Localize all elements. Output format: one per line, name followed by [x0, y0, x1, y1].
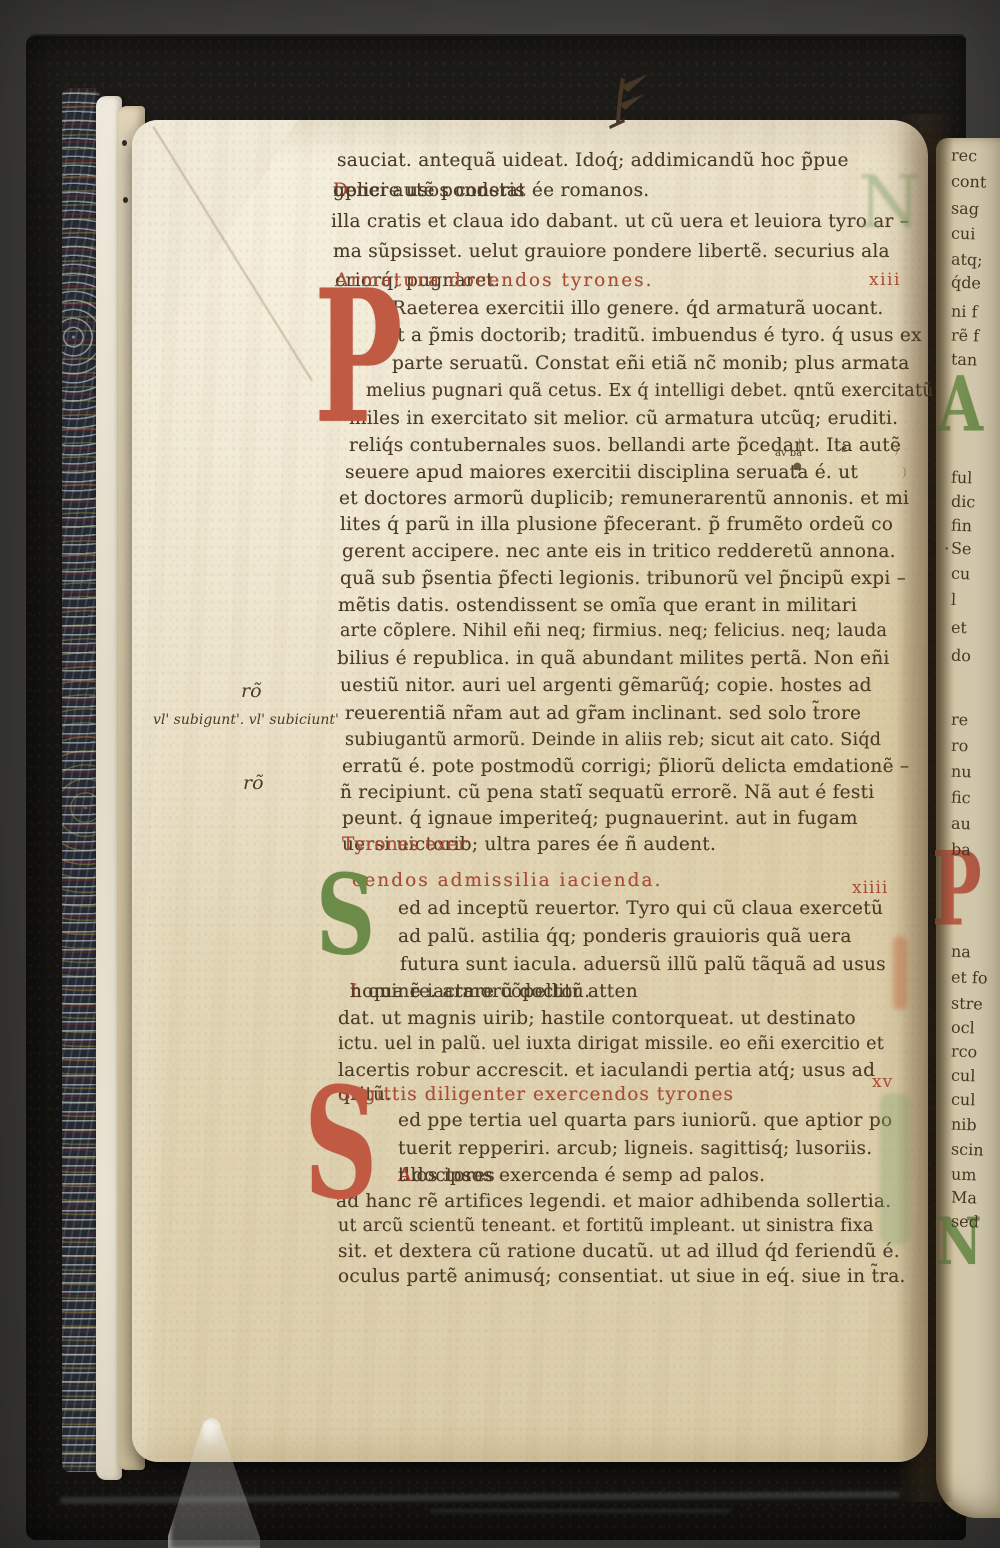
parchment-grain	[132, 120, 928, 1462]
page-holder-strip-tip	[202, 1418, 222, 1446]
marbled-endpaper-edge	[62, 88, 100, 1472]
manuscript-photograph: sauciat. antequã uideat. Idoq́; addimica…	[0, 0, 1000, 1548]
wormhole	[123, 197, 128, 203]
cover-scuff-mark	[430, 1509, 730, 1513]
facing-page-sliver	[936, 138, 1000, 1518]
manuscript-page-verso	[132, 120, 928, 1462]
wormhole	[122, 140, 127, 146]
